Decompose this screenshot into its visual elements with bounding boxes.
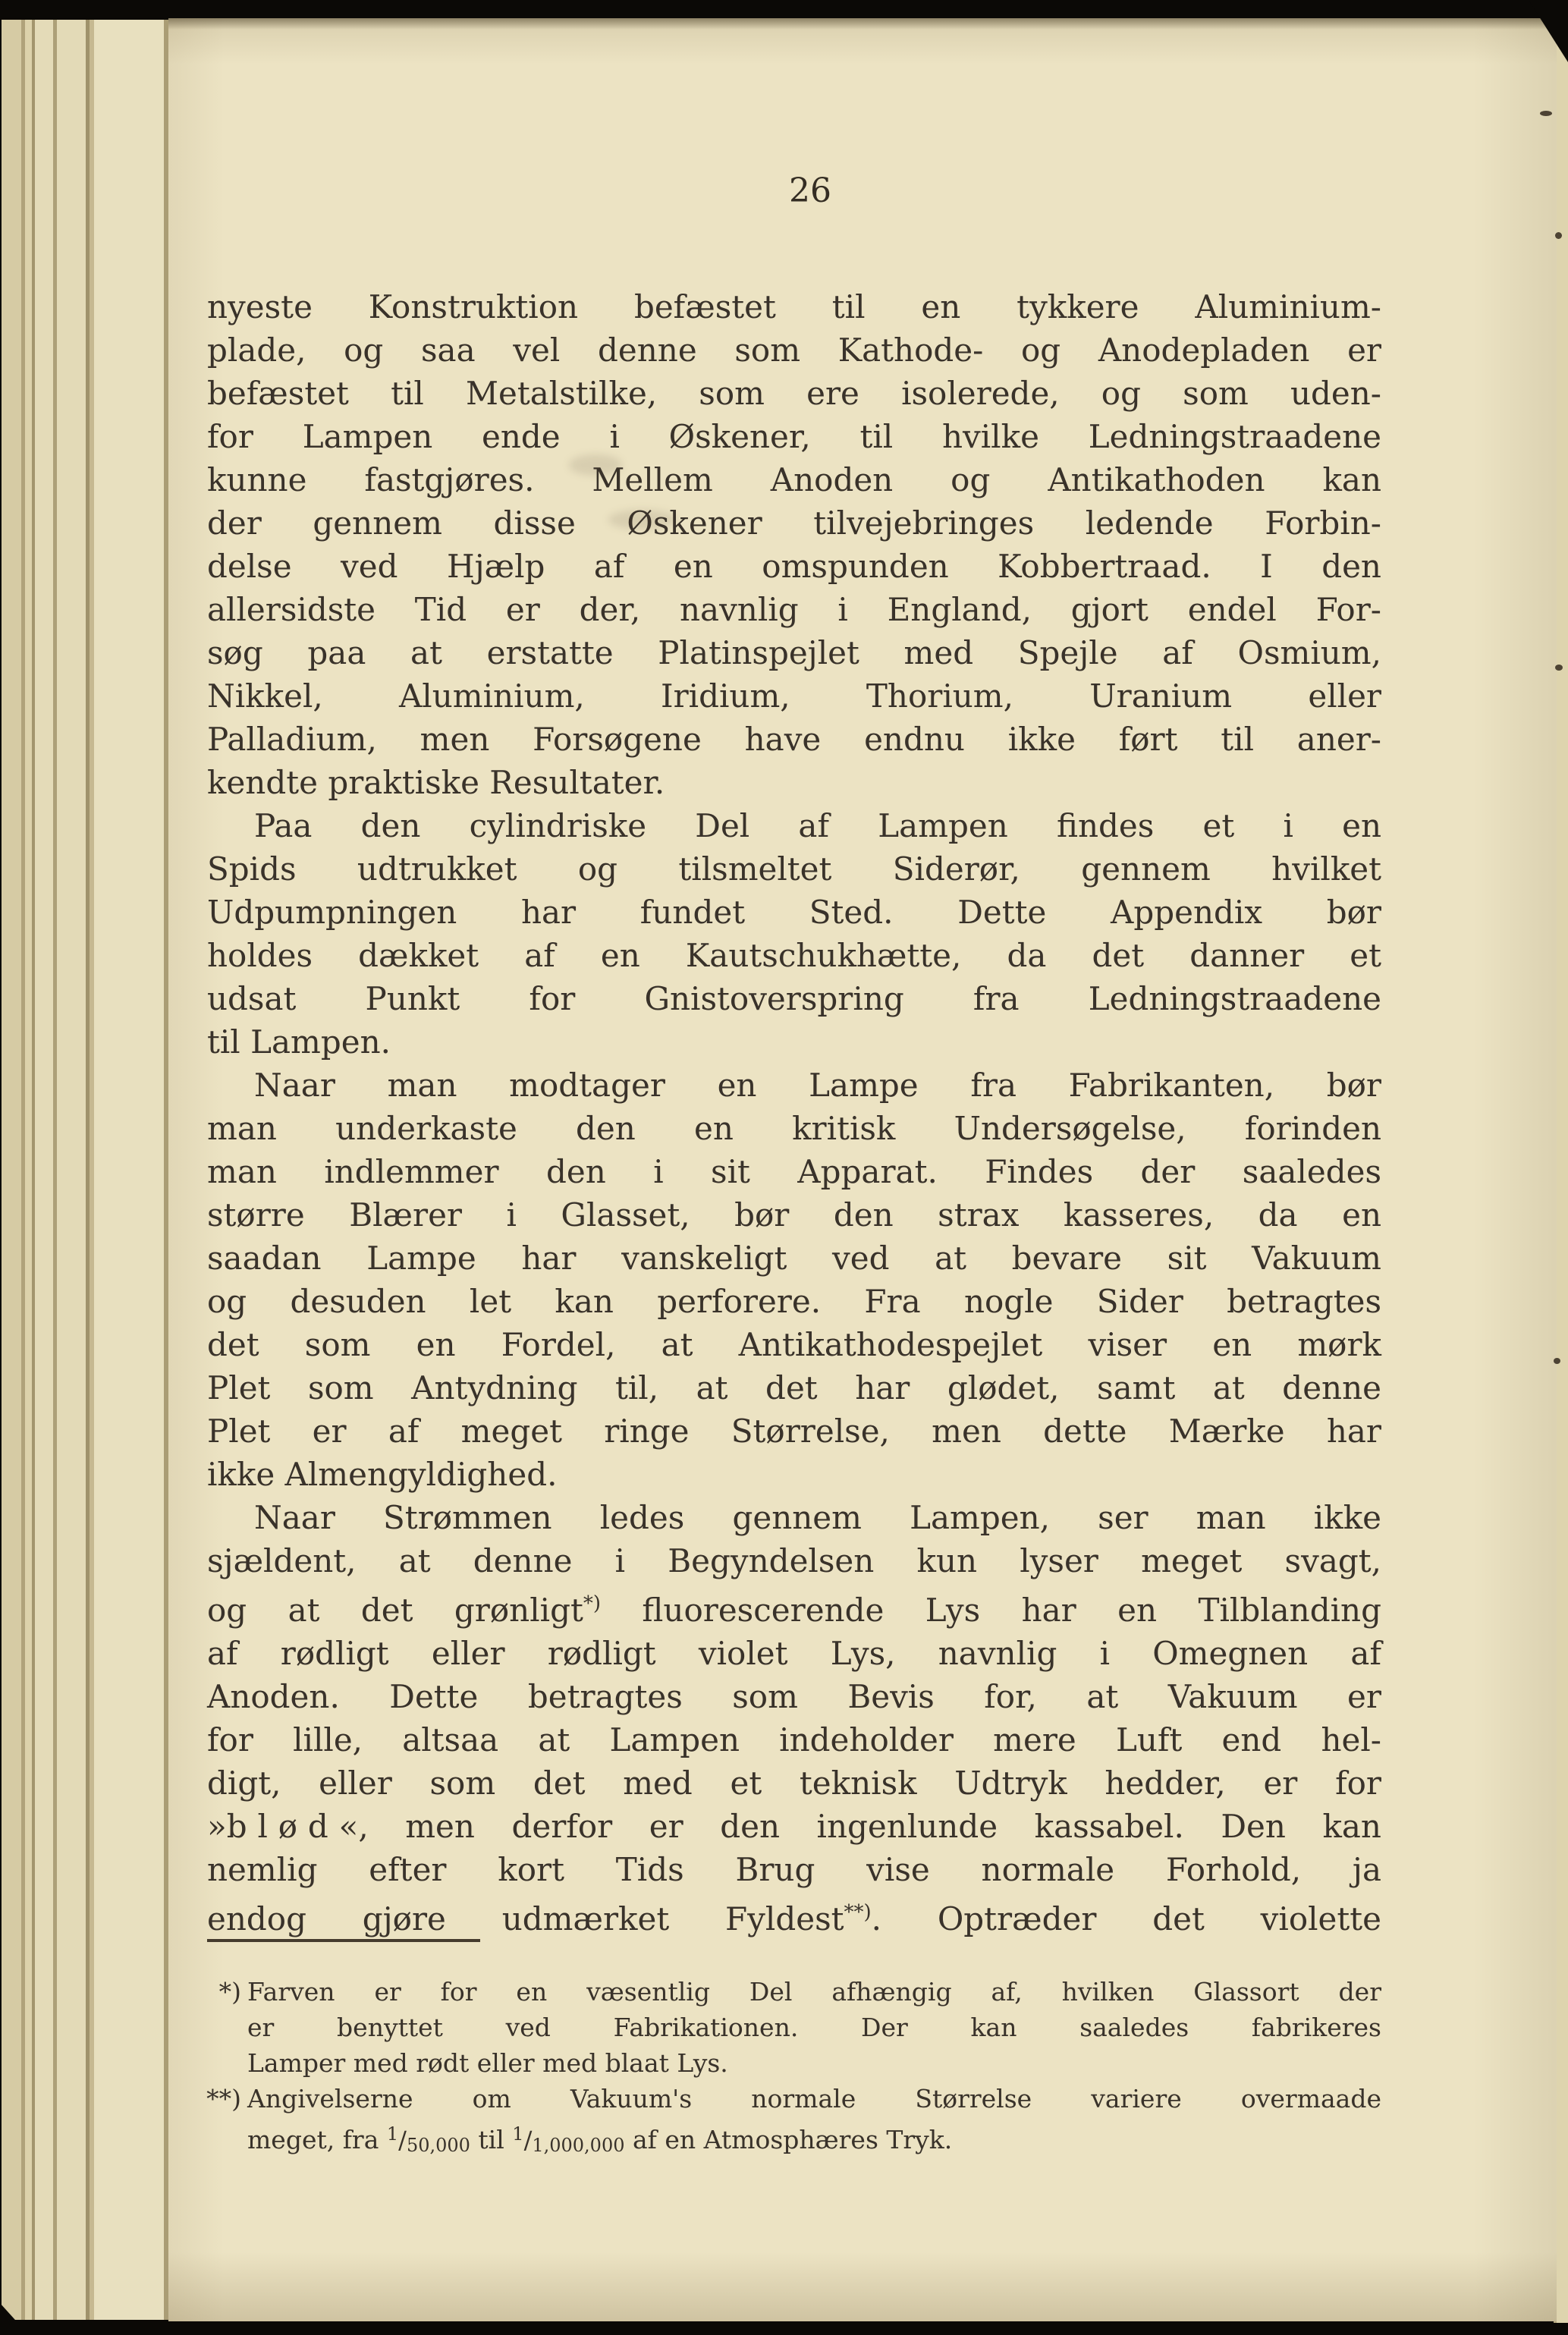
text-line: »blød«, men derfor er den ingenlunde kas… xyxy=(207,1805,1381,1848)
text-line: søg paa at erstatte Platinspejlet med Sp… xyxy=(207,631,1381,674)
text-line: nemlig efter kort Tids Brug vise normale… xyxy=(207,1848,1381,1891)
text-segment: «, men derfor er den ingenlunde kassabel… xyxy=(339,1808,1381,1845)
footnote-separator xyxy=(207,1939,480,1942)
footnote-reference-double-asterisk: **) xyxy=(844,1901,872,1924)
text-line: man underkaste den en kritisk Undersøgel… xyxy=(207,1107,1381,1150)
text-line: Palladium, men Forsøgene have endnu ikke… xyxy=(207,718,1381,761)
fraction-denominator: 50,000 xyxy=(407,2135,470,2156)
page-top-edge-shadow xyxy=(168,18,1557,30)
text-line: holdes dækket af en Kautschukhætte, da d… xyxy=(207,934,1381,977)
text-line: saadan Lampe har vanskeligt ved at bevar… xyxy=(207,1237,1381,1280)
text-line: man indlemmer den i sit Apparat. Findes … xyxy=(207,1150,1381,1193)
text-line: delse ved Hjælp af en omspunden Kobbertr… xyxy=(207,545,1381,588)
footnote-body: Farven er for en væsentlig Del afhængig … xyxy=(247,1974,1381,2081)
text-line: endog gjøre udmærket Fyldest**). Optræde… xyxy=(207,1891,1381,1941)
text-segment: og at det grønligt xyxy=(207,1592,583,1629)
text-line: nyeste Konstruktion befæstet til en tykk… xyxy=(207,285,1381,328)
page-edge-strip xyxy=(2,20,21,2320)
text-segment: meget, fra xyxy=(247,2125,387,2154)
text-segment: » xyxy=(207,1808,227,1845)
text-line: for Lampen ende i Øskener, til hvilke Le… xyxy=(207,415,1381,458)
print-smudge xyxy=(569,454,622,476)
text-line: Naar Strømmen ledes gennem Lampen, ser m… xyxy=(207,1496,1381,1539)
text-line: sjældent, at denne i Begyndelsen kun lys… xyxy=(207,1539,1381,1582)
text-line: plade, og saa vel denne som Kathode- og … xyxy=(207,328,1381,372)
text-line: det som en Fordel, at Antikathodespejlet… xyxy=(207,1323,1381,1366)
text-line: Paa den cylindriske Del af Lampen findes… xyxy=(207,804,1381,847)
text-line: kendte praktiske Resultater. xyxy=(207,761,1381,804)
scanner-background-bottom xyxy=(0,2323,1568,2335)
paragraph-1: nyeste Konstruktion befæstet til en tykk… xyxy=(207,285,1381,804)
book-page: 26 nyeste Konstruktion befæstet til en t… xyxy=(168,18,1557,2321)
text-segment: af en Atmosphæres Tryk. xyxy=(625,2125,953,2154)
text-line: større Blærer i Glasset, bør den strax k… xyxy=(207,1193,1381,1237)
text-line: Plet som Antydning til, at det har gløde… xyxy=(207,1366,1381,1409)
footnotes: *) Farven er for en væsentlig Del afhæng… xyxy=(197,1974,1381,2164)
scanner-background-corner-topright xyxy=(1529,0,1568,62)
text-line: befæstet til Metalstilke, som ere isoler… xyxy=(207,372,1381,415)
text-segment: fluorescerende Lys har en Tilblanding xyxy=(601,1592,1381,1629)
text-line: allersidste Tid er der, navnlig i Englan… xyxy=(207,588,1381,631)
paper-speck xyxy=(1554,1358,1560,1364)
footnote-line: Angivelserne om Vakuum's normale Størrel… xyxy=(247,2081,1381,2117)
footnote-2: **) Angivelserne om Vakuum's normale Stø… xyxy=(197,2081,1381,2164)
print-smudge xyxy=(608,510,677,530)
underlying-page-edge xyxy=(1557,23,1568,2323)
footnote-marker: *) xyxy=(197,1974,241,2081)
text-line: ikke Almengyldighed. xyxy=(207,1453,1381,1496)
fraction: 1/1,000,000 xyxy=(512,2125,624,2154)
page-edge-strip xyxy=(94,20,164,2320)
footnote-marker: **) xyxy=(197,2081,241,2164)
page-edge-strip xyxy=(25,20,32,2320)
paragraph-3: Naar man modtager en Lampe fra Fabrikant… xyxy=(207,1064,1381,1496)
paragraph-2: Paa den cylindriske Del af Lampen findes… xyxy=(207,804,1381,1064)
text-line: til Lampen. xyxy=(207,1020,1381,1064)
footnote-line: Farven er for en væsentlig Del afhængig … xyxy=(247,1974,1381,2010)
footnote-line: er benyttet ved Fabrikationen. Der kan s… xyxy=(247,2010,1381,2045)
text-line: Plet er af meget ringe Størrelse, men de… xyxy=(207,1409,1381,1453)
text-line: Spids udtrukket og tilsmeltet Siderør, g… xyxy=(207,847,1381,891)
footnote-reference-asterisk: *) xyxy=(583,1592,601,1615)
footnote-line: meget, fra 1/50,000 til 1/1,000,000 af e… xyxy=(247,2117,1381,2164)
scanner-background-top xyxy=(0,0,1568,17)
paper-speck xyxy=(1540,111,1552,116)
fraction: 1/50,000 xyxy=(387,2125,470,2154)
footnote-1: *) Farven er for en væsentlig Del afhæng… xyxy=(197,1974,1381,2081)
scanner-background-corner-bottomleft xyxy=(0,2303,29,2335)
text-line: Nikkel, Aluminium, Iridium, Thorium, Ura… xyxy=(207,674,1381,718)
text-line: digt, eller som det med et teknisk Udtry… xyxy=(207,1761,1381,1805)
text-line: af rødligt eller rødligt violet Lys, nav… xyxy=(207,1632,1381,1675)
paragraph-4: Naar Strømmen ledes gennem Lampen, ser m… xyxy=(207,1496,1381,1941)
page-edge-strip xyxy=(57,20,86,2320)
text-segment: til xyxy=(470,2125,512,2154)
page-edge-strip xyxy=(35,20,53,2320)
paper-speck xyxy=(1555,232,1562,239)
text-segment: . Optræder det violette xyxy=(872,1900,1381,1937)
text-line: Anoden. Dette betragtes som Bevis for, a… xyxy=(207,1675,1381,1718)
text-line: for lille, altsaa at Lampen indeholder m… xyxy=(207,1718,1381,1761)
text-line: og at det grønligt*) fluorescerende Lys … xyxy=(207,1582,1381,1632)
footnote-body: Angivelserne om Vakuum's normale Størrel… xyxy=(247,2081,1381,2164)
text-line: udsat Punkt for Gnistoverspring fra Ledn… xyxy=(207,977,1381,1020)
text-line: der gennem disse Øskener tilvejebringes … xyxy=(207,501,1381,545)
letter-spaced-word: blød xyxy=(227,1808,339,1845)
fraction-numerator: 1 xyxy=(512,2123,523,2145)
text-segment: endog gjøre udmærket Fyldest xyxy=(207,1900,844,1937)
body-text: nyeste Konstruktion befæstet til en tykk… xyxy=(207,285,1381,1941)
scan-background: 26 nyeste Konstruktion befæstet til en t… xyxy=(0,0,1568,2335)
fraction-slash: / xyxy=(398,2126,407,2154)
fraction-numerator: 1 xyxy=(387,2123,398,2145)
text-line: og desuden let kan perforere. Fra nogle … xyxy=(207,1280,1381,1323)
page-number: 26 xyxy=(789,171,831,210)
footnote-line: Lamper med rødt eller med blaat Lys. xyxy=(247,2045,1381,2081)
fraction-denominator: 1,000,000 xyxy=(532,2135,624,2156)
text-line: Naar man modtager en Lampe fra Fabrikant… xyxy=(207,1064,1381,1107)
text-line: kunne fastgjøres. Mellem Anoden og Antik… xyxy=(207,458,1381,501)
paper-speck xyxy=(1555,665,1563,671)
fraction-slash: / xyxy=(524,2126,533,2154)
text-line: Udpumpningen har fundet Sted. Dette Appe… xyxy=(207,891,1381,934)
